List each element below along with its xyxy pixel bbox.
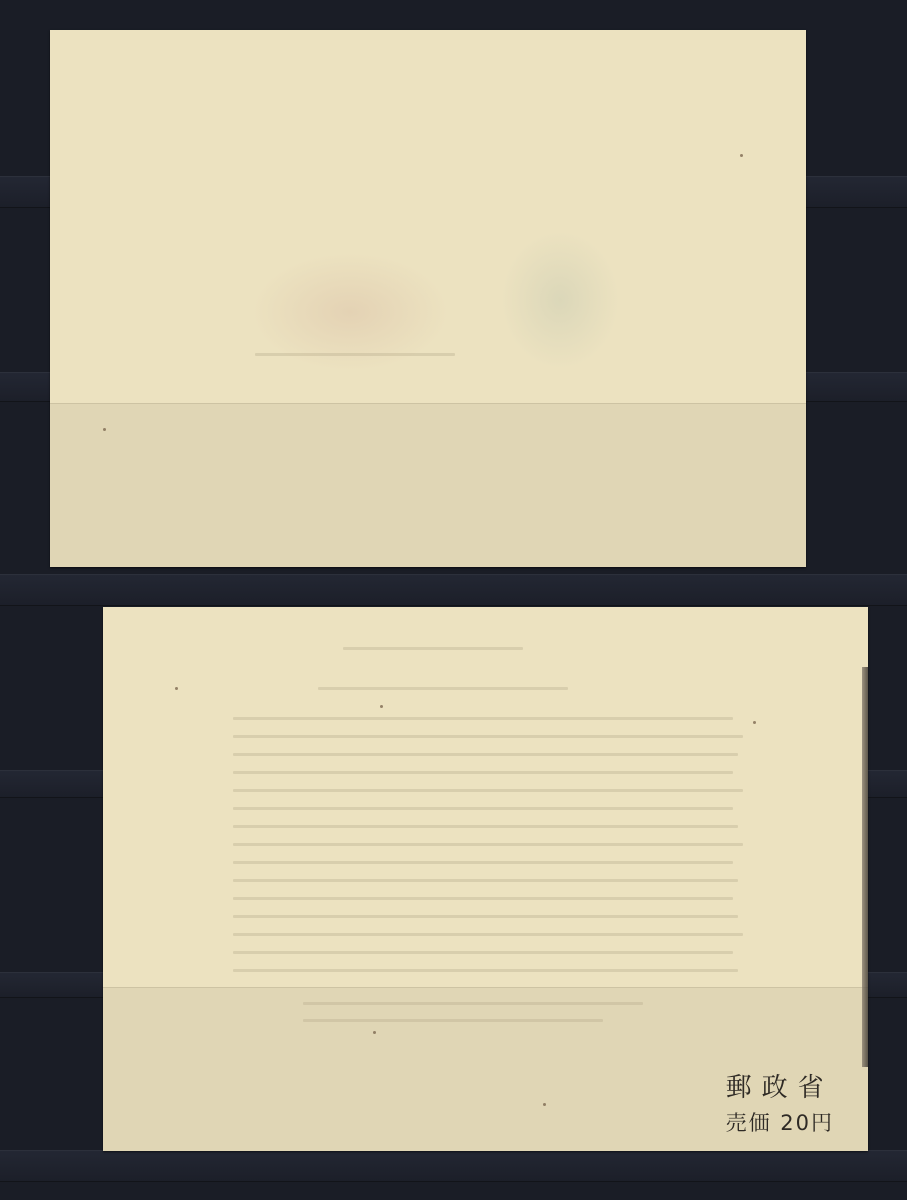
show-through-text-line bbox=[233, 753, 738, 756]
show-through-text-line bbox=[233, 951, 733, 954]
paper-speck bbox=[175, 687, 178, 690]
show-through-text-line bbox=[233, 897, 733, 900]
show-through-text-line bbox=[303, 1019, 603, 1022]
show-through-text-line bbox=[233, 915, 738, 918]
show-through-text-line bbox=[233, 879, 738, 882]
paper-speck bbox=[740, 154, 743, 157]
show-through-text-line bbox=[233, 735, 743, 738]
show-through-title-line bbox=[343, 647, 523, 650]
show-through-text-line bbox=[233, 933, 743, 936]
stockbook-pocket-overlay bbox=[50, 403, 806, 567]
issuer-imprint: 郵政省 売価 20円 bbox=[726, 1073, 834, 1137]
top-souvenir-sheet bbox=[50, 30, 806, 567]
show-through-text-line bbox=[233, 789, 743, 792]
show-through-stamp-image bbox=[500, 230, 620, 370]
show-through-text-line bbox=[233, 807, 733, 810]
show-through-title-line bbox=[318, 687, 568, 690]
stockbook-strip bbox=[0, 574, 907, 606]
paper-speck bbox=[103, 428, 106, 431]
show-through-text-line bbox=[255, 353, 455, 356]
paper-speck bbox=[753, 721, 756, 724]
sale-price: 売価 20円 bbox=[726, 1109, 834, 1137]
bottom-souvenir-sheet: 郵政省 売価 20円 bbox=[103, 607, 868, 1151]
show-through-text-line bbox=[233, 717, 733, 720]
show-through-text-line bbox=[233, 843, 743, 846]
stockbook-strip bbox=[0, 1150, 907, 1182]
sheet-edge-shadow bbox=[862, 667, 868, 1067]
show-through-text-line bbox=[303, 1002, 643, 1005]
show-through-text-line bbox=[233, 969, 738, 972]
issuer-name: 郵政省 bbox=[726, 1073, 834, 1103]
show-through-text-line bbox=[233, 825, 738, 828]
paper-speck bbox=[543, 1103, 546, 1106]
paper-speck bbox=[373, 1031, 376, 1034]
show-through-text-line bbox=[233, 861, 733, 864]
show-through-text-line bbox=[233, 771, 733, 774]
paper-speck bbox=[380, 705, 383, 708]
